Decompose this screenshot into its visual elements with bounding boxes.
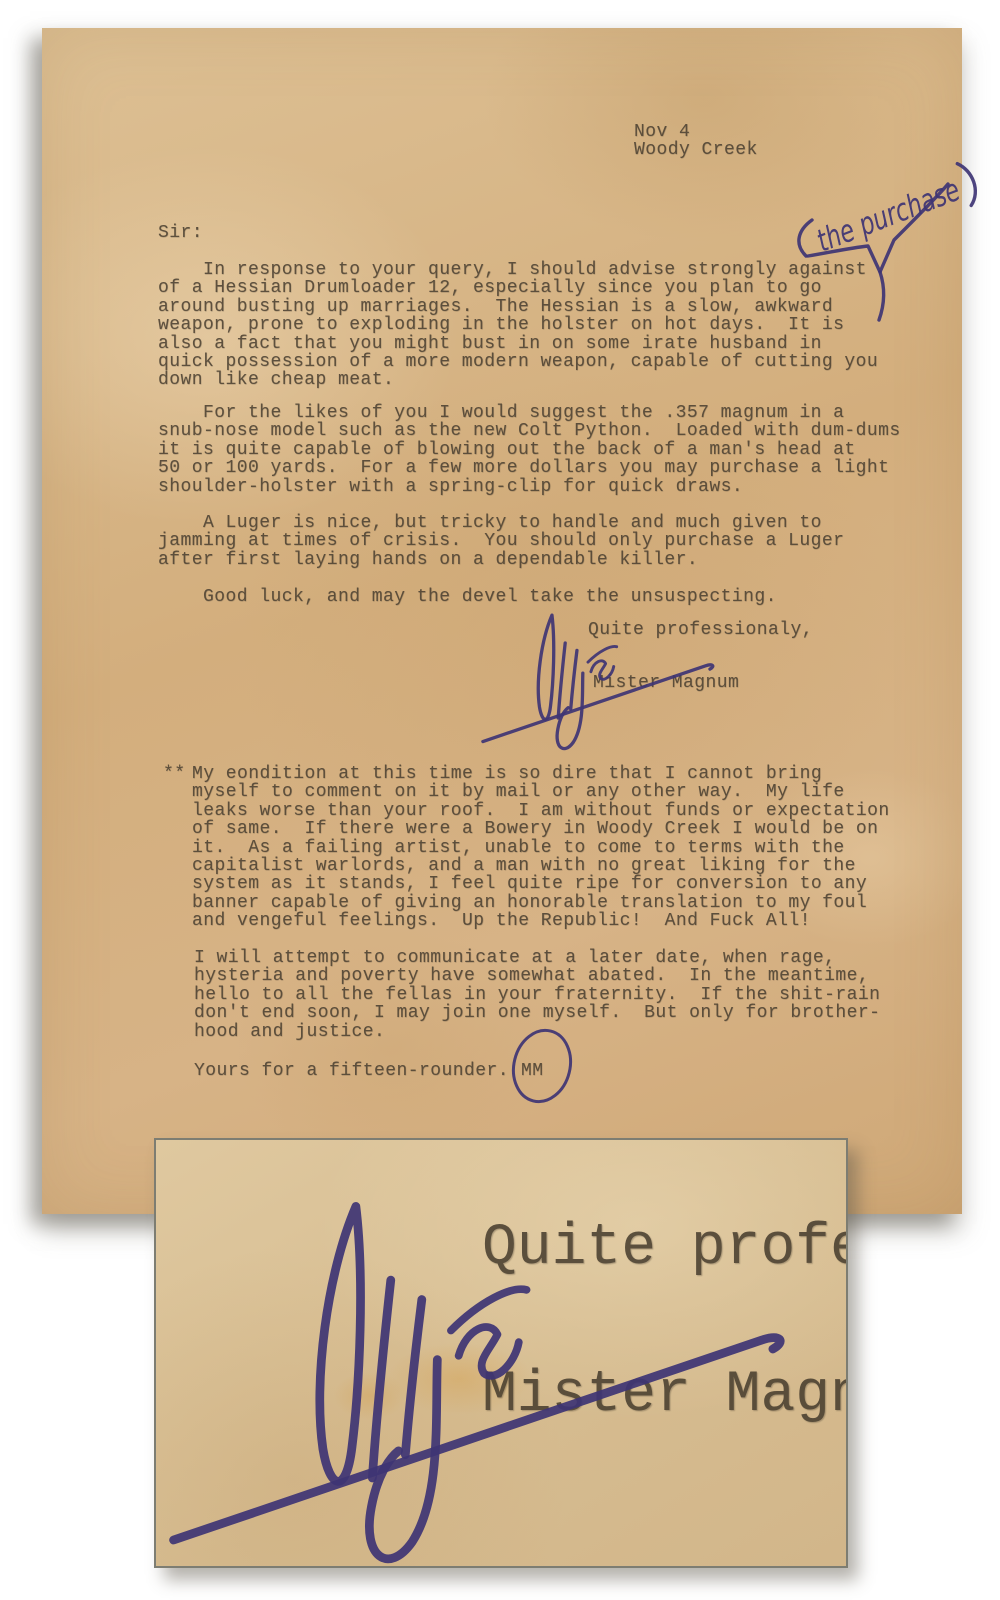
valediction: Yours for a fifteen-rounder. bbox=[194, 1062, 509, 1080]
handwritten-note-text: the purchase bbox=[810, 160, 981, 261]
signature-scribble-large bbox=[154, 1156, 810, 1568]
inserted-note-text: the purchase bbox=[812, 172, 965, 259]
letter-photo: Nov 4 Woody Creek Sir: In response to yo… bbox=[0, 0, 1000, 1600]
initials-circle bbox=[500, 1022, 584, 1110]
salutation: Sir: bbox=[158, 224, 203, 242]
paragraph-3: A Luger is nice, but tricky to handle an… bbox=[158, 514, 844, 569]
signature-scribble-small bbox=[474, 596, 724, 754]
postscript-paragraph-1: My eondition at this time is so dire tha… bbox=[192, 765, 890, 931]
paragraph-2: For the likes of you I would suggest the… bbox=[158, 404, 901, 496]
postscript-marker: ** bbox=[163, 765, 186, 783]
letter-page: Nov 4 Woody Creek Sir: In response to yo… bbox=[42, 28, 962, 1214]
handwritten-insertion: the purchase bbox=[682, 168, 1000, 348]
signature-closeup: Quite profe Mister Magn bbox=[154, 1138, 848, 1568]
dateline: Nov 4 Woody Creek bbox=[634, 123, 758, 160]
